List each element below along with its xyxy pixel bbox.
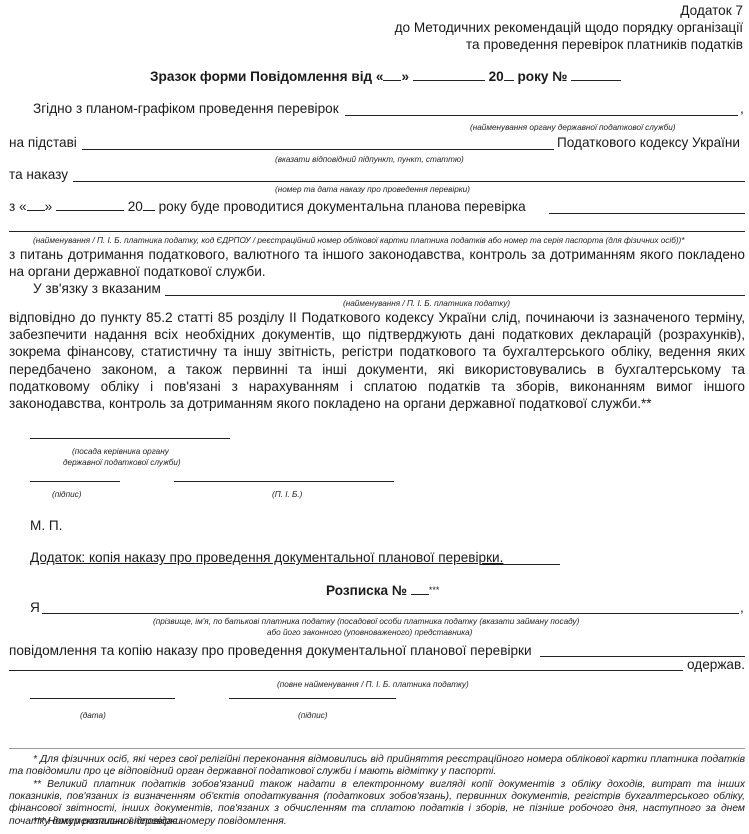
taxpayer-field-part2[interactable] xyxy=(9,231,745,232)
form-title: Зразок форми Повідомлення від «» 20 року… xyxy=(150,68,621,85)
start-day-field[interactable] xyxy=(27,198,45,211)
title-day-field[interactable] xyxy=(383,68,401,81)
receipt-number-field[interactable] xyxy=(411,582,429,595)
inspection-text: року буде проводитися документальна план… xyxy=(159,199,526,214)
position-caption-1: (посада керівника органу xyxy=(72,447,169,457)
attachment-note: Додаток: копія наказу про проведення док… xyxy=(30,549,503,566)
tax-code-label: Податкового кодексу України xyxy=(557,134,740,151)
start-year-field[interactable] xyxy=(143,198,155,211)
order-field[interactable] xyxy=(73,181,745,182)
order-caption: (номер та дата наказу про проведення пер… xyxy=(275,185,470,195)
taxpayer-caption: (найменування / П. І. Б. платника податк… xyxy=(33,236,684,246)
inspection-scope-paragraph: з питань дотримання податкового, валютно… xyxy=(9,246,745,280)
start-month-field[interactable] xyxy=(56,198,124,211)
taxpayer-field-part1[interactable] xyxy=(549,213,745,214)
order-label: та наказу xyxy=(9,166,68,183)
title-year-prefix: 20 xyxy=(489,69,504,84)
receipt-signature-field[interactable] xyxy=(229,698,396,699)
taxpayer-full-name-caption: (повне найменування / П. І. Б. платника … xyxy=(277,680,469,690)
position-caption-2: державної податкової служби) xyxy=(63,458,181,468)
title-month-field[interactable] xyxy=(413,68,485,81)
receipt-footnote-mark: *** xyxy=(429,585,440,595)
title-prefix: Зразок форми Повідомлення від « xyxy=(150,69,383,84)
appendix-reference-line2: та проведення перевірок платників податк… xyxy=(466,36,743,53)
start-date-line: з «» 20 року буде проводитися документал… xyxy=(9,198,526,215)
receipt-signature-caption: (підпис) xyxy=(298,711,327,721)
name-caption: (П. І. Б.) xyxy=(272,490,302,500)
comma: , xyxy=(740,100,744,117)
taxpayer-name-field[interactable] xyxy=(165,295,745,296)
comma: , xyxy=(740,599,744,616)
receipt-title-text: Розписка № xyxy=(326,583,407,598)
recipient-name-field[interactable] xyxy=(42,613,739,614)
footnote-divider xyxy=(9,748,745,749)
title-quote: » xyxy=(401,69,409,84)
start-year-prefix: 20 xyxy=(128,199,143,214)
receipt-i-label: Я xyxy=(30,599,40,616)
recipient-caption-2: або його законного (уповноваженого) пред… xyxy=(267,628,472,638)
title-number-label: року № xyxy=(517,69,567,84)
receipt-date-field[interactable] xyxy=(30,698,175,699)
tax-authority-field[interactable] xyxy=(345,115,738,116)
received-label: одержав. xyxy=(687,656,745,673)
footnote-1: * Для фізичних осіб, які через свої релі… xyxy=(9,754,745,778)
tax-authority-caption: (найменування органу державної податково… xyxy=(470,123,676,133)
basis-label: на підставі xyxy=(9,134,77,151)
appendix-reference-line1: до Методичних рекомендацій щодо порядку … xyxy=(395,19,743,36)
date-caption: (дата) xyxy=(80,711,106,721)
recipient-caption-1: (прізвище, ім'я, по батькові платника по… xyxy=(153,617,579,627)
taxpayer-full-name-field-part2[interactable] xyxy=(9,670,683,671)
official-position-field[interactable] xyxy=(30,438,230,439)
date-quote-open: з « xyxy=(9,199,27,214)
taxpayer-name-caption: (найменування / П. І. Б. платника податк… xyxy=(343,299,510,309)
receipt-title: Розписка № *** xyxy=(326,582,439,599)
stamp-place: М. П. xyxy=(30,517,62,534)
legal-basis-field[interactable] xyxy=(82,149,554,150)
title-year-field[interactable] xyxy=(504,68,514,81)
footnote-3: *** Номер розписки відповідає номеру пов… xyxy=(9,816,745,828)
attachment-underline xyxy=(480,564,560,565)
signature-caption: (підпис) xyxy=(52,490,81,500)
in-connection-label: У зв'язку з вказаним xyxy=(33,280,161,297)
legal-basis-caption: (вказати відповідний підпункт, пункт, ст… xyxy=(275,155,464,165)
official-signature-field[interactable] xyxy=(30,481,120,482)
date-quote-close: » xyxy=(45,199,53,214)
documents-requirement-paragraph: відповідно до пункту 85.2 статті 85 розд… xyxy=(9,309,745,412)
receipt-received-text: повідомлення та копію наказу про проведе… xyxy=(9,642,532,659)
appendix-number: Додаток 7 xyxy=(680,2,743,19)
title-number-field[interactable] xyxy=(571,68,621,81)
official-name-field[interactable] xyxy=(174,481,394,482)
notice-line1-label: Згідно з планом-графіком проведення пере… xyxy=(33,100,339,117)
